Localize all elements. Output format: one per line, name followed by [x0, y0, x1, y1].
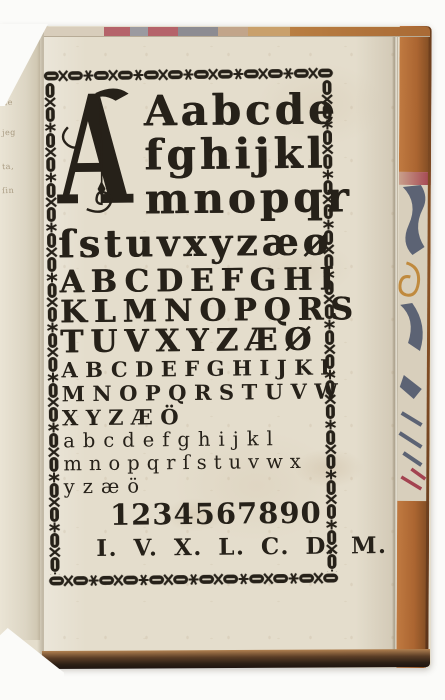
top-edge-marbling	[130, 27, 148, 36]
top-edge-paper	[44, 27, 104, 36]
roman-capitals-line-2: MNOPQRSTUVW	[62, 380, 346, 404]
book-page: A Aabcde fghijkl mnopqr ſstuvxyzæø ABCDE…	[44, 28, 398, 664]
border-bottom	[49, 571, 339, 587]
leather-corner-bottom	[396, 501, 429, 668]
book-bottom-edge	[42, 649, 430, 669]
cover-fore-edge	[396, 26, 431, 668]
decorative-initial-A: A	[55, 85, 136, 218]
photo-stage: de jeg ta, ſin A	[0, 0, 445, 700]
fraktur-lowercase-line-1: Aabcde	[144, 88, 339, 132]
top-edge-leather	[290, 27, 430, 36]
fraktur-lowercase-line-2: fghijkl	[144, 133, 327, 177]
marble-red-band	[399, 172, 431, 185]
top-edge-marbling	[104, 27, 130, 36]
book-photo: de jeg ta, ſin A	[0, 26, 431, 668]
top-edge-marbling	[148, 27, 178, 36]
fraktur-capitals-line-3: TUVXYZÆØ	[60, 325, 318, 359]
ghost-text: jeg	[2, 128, 16, 137]
roman-capitals-line-1: ABCDEFGHIJKL	[61, 356, 342, 380]
numerals-line: 1234567890	[110, 499, 322, 530]
top-edge-marbling	[248, 27, 290, 36]
ornamental-frame: A Aabcde fghijkl mnopqr ſstuvxyzæø ABCDE…	[43, 66, 338, 587]
roman-numerals-line: I. V. X. L. C. D. M.	[96, 534, 387, 560]
ghost-text: ta,	[2, 162, 14, 171]
leather-corner-top	[399, 26, 432, 172]
top-edge-marbling	[218, 27, 248, 36]
ghost-text: ſin	[2, 186, 14, 195]
roman-lowercase-line-2: mnopqrſstuvwx	[63, 452, 308, 474]
roman-lowercase-line-1: abcdefghijkl	[63, 429, 281, 451]
fraktur-lowercase-line-4: ſstuvxyzæø	[58, 223, 332, 264]
border-top	[43, 66, 333, 82]
facing-page-edge: de jeg ta, ſin	[0, 36, 40, 640]
book-top-edge	[44, 27, 430, 37]
fraktur-lowercase-line-3: mnopqr	[144, 176, 352, 220]
top-edge-marbling	[178, 27, 218, 36]
roman-capitals-line-3: XYZÆÖ	[62, 406, 186, 428]
svg-text:A: A	[56, 85, 135, 218]
roman-lowercase-line-3: yzæö	[64, 476, 148, 496]
